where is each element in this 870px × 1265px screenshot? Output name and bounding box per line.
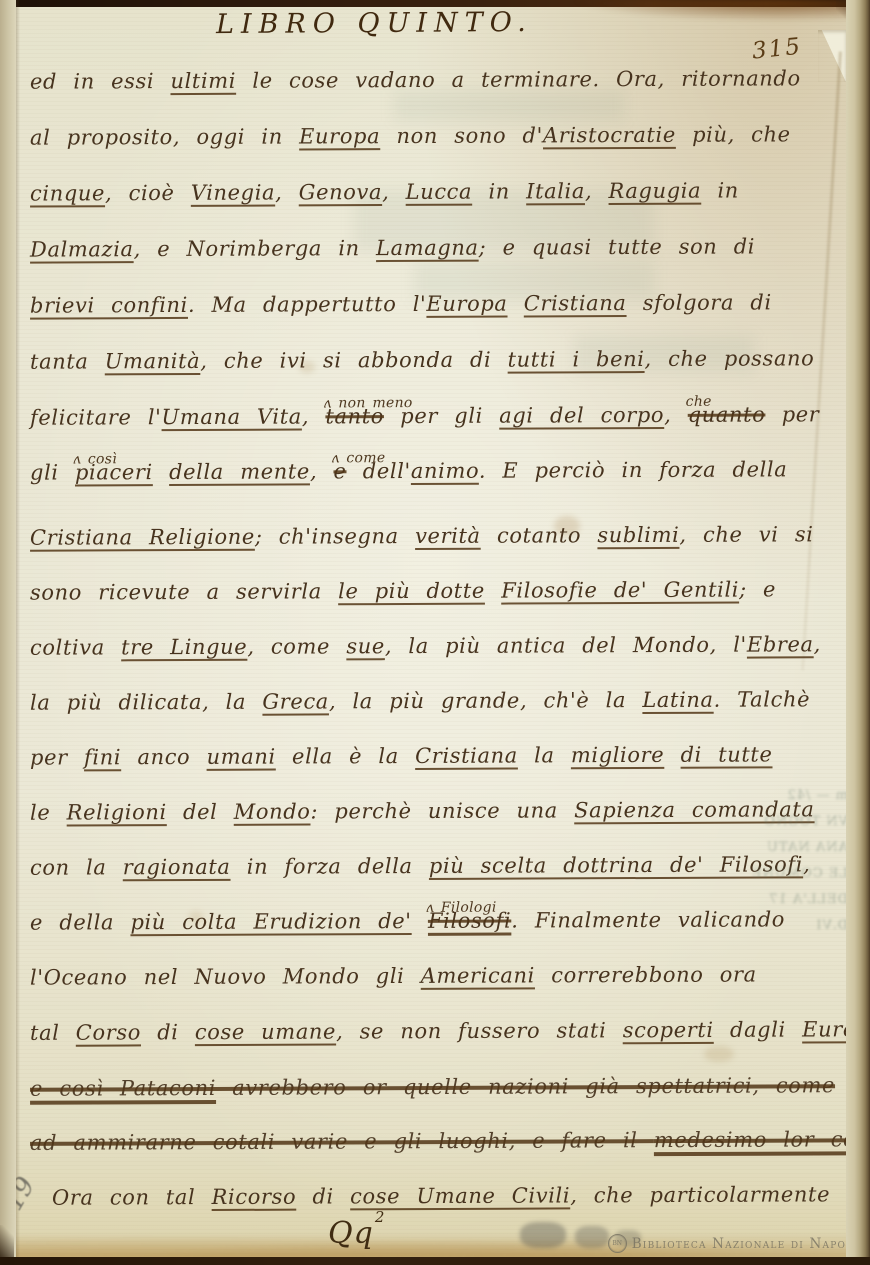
- bottom-left-shadow: [0, 1225, 14, 1265]
- manuscript-line: tal Corso di cose umane, se non fussero …: [30, 1017, 870, 1045]
- interlinear-insertion: ʌ non meno: [323, 395, 412, 411]
- correction-group: ʌ comee: [333, 459, 346, 483]
- manuscript-line: con la ragionata in forza della più scel…: [30, 852, 810, 879]
- underlined-text: Filosofie de' Gentili: [501, 578, 739, 603]
- text-segment: in forza della: [230, 854, 429, 879]
- text-segment: correrebbono ora: [535, 962, 757, 987]
- underlined-text: verità: [415, 524, 481, 548]
- page-stack-edge: [846, 0, 870, 1265]
- text-segment: . Ma dappertutto l': [188, 292, 427, 317]
- text-segment: ; e: [739, 577, 776, 601]
- underlined-text: Americani: [421, 963, 535, 987]
- manuscript-line: ed in essi ultimi le cose vadano a termi…: [30, 66, 801, 93]
- ink-smudge: [520, 1222, 566, 1248]
- manuscript-line: gli ʌ cosìpiaceri della mente, ʌ comee d…: [30, 457, 787, 484]
- manuscript-line: al proposito, oggi in Europa non sono d'…: [30, 122, 791, 149]
- book-bottom-edge: [0, 1257, 870, 1265]
- text-segment: del: [167, 800, 234, 824]
- manuscript-line: cinque, cioè Vinegia, Genova, Lucca in I…: [30, 178, 739, 205]
- text-segment: in: [472, 179, 526, 203]
- underlined-text: Ebrea: [747, 632, 814, 656]
- top-edge-stain: [570, 0, 870, 22]
- text-segment: , la più grande, ch'è la: [329, 688, 643, 713]
- text-segment: ,: [382, 180, 406, 204]
- text-segment: , come: [247, 634, 346, 658]
- underlined-text: Aristocratie: [543, 123, 676, 148]
- gutter-crease: [16, 0, 20, 1265]
- underlined-text: Religioni: [67, 800, 167, 824]
- struck-text: e così Pataconi: [30, 1076, 216, 1101]
- text-segment: , cioè: [105, 181, 191, 205]
- text-segment: , la più antica del Mondo, l': [385, 633, 747, 659]
- text-segment: con la: [30, 855, 123, 879]
- ink-smudge: [575, 1226, 609, 1248]
- showthrough-fragment: D.VI: [728, 918, 848, 933]
- interlinear-insertion: ʌ così: [73, 451, 117, 467]
- manuscript-scan: LIBRO QUINTO. 315 319 ed in essi ultimi …: [0, 0, 870, 1265]
- underlined-text: fini: [84, 745, 121, 769]
- quire-signature-superscript: 2: [375, 1208, 386, 1226]
- text-segment: [485, 579, 501, 603]
- text-segment: ,: [302, 404, 326, 428]
- text-segment: tal: [30, 1021, 76, 1045]
- binding-gutter: [0, 0, 16, 1265]
- underlined-text: Europa: [426, 292, 507, 316]
- underlined-text: Lucca: [406, 180, 473, 204]
- manuscript-text-block: ed in essi ultimi le cose vadano a termi…: [0, 0, 870, 1265]
- correction-group: ʌ cosìpiaceri: [75, 460, 153, 484]
- underlined-text: ultimi: [170, 69, 236, 93]
- underlined-text: della mente: [169, 459, 310, 484]
- text-segment: , se non fussero stati: [336, 1018, 623, 1043]
- text-segment: , che ivi si abbonda di: [200, 348, 507, 373]
- text-segment: [153, 460, 169, 484]
- manuscript-line: coltiva tre Lingue, come sue, la più ant…: [30, 632, 821, 659]
- manuscript-line: e così Pataconi avrebbero or quelle nazi…: [30, 1073, 835, 1101]
- manuscript-line: felicitare l'Umana Vita, ʌ non menotanto…: [30, 402, 820, 429]
- text-segment: e della: [30, 910, 131, 934]
- text-segment: , che particolarmente: [570, 1182, 830, 1207]
- underlined-text: sublimi: [597, 523, 679, 547]
- manuscript-line: Ora con tal Ricorso di cose Umane Civili…: [52, 1182, 830, 1209]
- underlined-text: animo: [411, 459, 479, 483]
- underlined-text: Vinegia: [191, 180, 275, 204]
- manuscript-line: le Religioni del Mondo: perchè unisce un…: [30, 797, 815, 824]
- interlinear-insertion: ʌ Filologi: [426, 900, 497, 916]
- text-segment: la più dilicata, la: [30, 690, 262, 715]
- text-segment: : perchè unisce una: [310, 798, 574, 823]
- struck-text: avrebbero or quelle nazioni già spettatr…: [216, 1073, 835, 1100]
- underlined-text: Genova: [299, 180, 382, 204]
- text-segment: , e Norimberga in: [134, 236, 377, 261]
- underlined-text: Greca: [262, 689, 329, 713]
- underlined-text: Latina: [642, 688, 713, 712]
- underlined-text: Europa: [299, 124, 380, 148]
- text-segment: dagli: [714, 1018, 802, 1042]
- underlined-text: tutti i beni: [508, 347, 645, 372]
- text-segment: le: [30, 801, 67, 825]
- library-watermark: BN Biblioteca Nazionale di Napoli: [608, 1234, 858, 1253]
- quire-signature-letters: Qq: [328, 1216, 374, 1251]
- text-segment: in: [701, 178, 739, 202]
- text-segment: ; e quasi tutte son di: [479, 234, 756, 259]
- underlined-text: Dalmazia: [30, 237, 134, 261]
- text-segment: . E perciò in forza della: [479, 457, 788, 482]
- manuscript-line: per fini anco umani ella è la Cristiana …: [30, 742, 773, 769]
- text-segment: sfolgora di: [626, 290, 771, 315]
- underlined-text: ragionata: [123, 855, 231, 879]
- showthrough-fragment: ANA NATU: [728, 840, 848, 855]
- manuscript-line: Cristiana Religione; ch'insegna verità c…: [30, 522, 814, 549]
- showthrough-fragment: LE COMUNE: [728, 866, 848, 881]
- underlined-text: agi del corpo: [499, 403, 664, 428]
- text-segment: per: [30, 745, 84, 769]
- text-segment: più, che: [676, 122, 791, 147]
- showthrough-fragment: VN TOGNO: [728, 814, 848, 829]
- text-segment: ,: [814, 632, 821, 656]
- struck-text: medesimo lor corso: [654, 1127, 870, 1152]
- quire-signature: Qq2: [328, 1216, 384, 1251]
- text-segment: ed in essi: [30, 69, 171, 94]
- text-segment: anco: [121, 745, 207, 769]
- underlined-text: tre Lingue: [121, 635, 247, 660]
- text-segment: coltiva: [30, 635, 121, 659]
- manuscript-line: Dalmazia, e Norimberga in Lamagna; e qua…: [30, 234, 755, 261]
- underlined-text: cinque: [30, 181, 105, 205]
- underlined-text: Ragugia: [608, 179, 701, 203]
- manuscript-line: tanta Umanità, che ivi si abbonda di tut…: [30, 346, 815, 373]
- text-segment: ,: [310, 459, 334, 483]
- text-segment: di: [296, 1184, 350, 1208]
- underlined-text: Corso: [76, 1020, 141, 1044]
- underlined-text: più colta Erudizion de': [130, 909, 411, 934]
- interlinear-insertion: che: [686, 394, 712, 410]
- manuscript-line: sono ricevute a servirla le più dotte Fi…: [30, 577, 776, 604]
- underlined-text: scoperti: [623, 1018, 714, 1042]
- showthrough-text: m — /42VN TOGNOANA NATULE COMUNEDELL'A 1…: [728, 788, 848, 944]
- text-segment: ,: [664, 403, 688, 427]
- manuscript-line: ad ammirarne cotali varie e gli luoghi, …: [30, 1127, 870, 1155]
- text-segment: , che vi si: [679, 522, 813, 547]
- text-segment: per: [765, 402, 819, 426]
- underlined-text: Mondo: [234, 799, 311, 823]
- library-watermark-label: Biblioteca Nazionale di Napoli: [632, 1236, 858, 1252]
- showthrough-fragment: DELL'A 17: [728, 892, 848, 907]
- manuscript-line: brievi confini. Ma dappertutto l'Europa …: [30, 290, 772, 317]
- underlined-text: cose Umane Civili: [350, 1183, 570, 1208]
- underlined-text: brievi confini: [30, 293, 188, 318]
- text-segment: [664, 743, 680, 767]
- text-segment: ,: [585, 179, 609, 203]
- underlined-text: umani: [206, 745, 275, 769]
- text-segment: di: [141, 1020, 195, 1044]
- text-segment: le cose vadano a terminare. Ora, ritorna…: [236, 66, 801, 92]
- text-segment: ,: [275, 180, 299, 204]
- text-segment: tanta: [30, 349, 105, 373]
- underlined-text: Lamagna: [376, 236, 479, 260]
- manuscript-line: la più dilicata, la Greca, la più grande…: [30, 687, 810, 714]
- underlined-text: Cristiana Religione: [30, 525, 255, 550]
- manuscript-line: e della più colta Erudizion de' ʌ Filolo…: [30, 907, 785, 934]
- text-segment: , che possano: [644, 346, 814, 371]
- underlined-text: Ricorso: [212, 1185, 297, 1209]
- underlined-text: migliore: [571, 743, 665, 767]
- text-segment: non sono d': [380, 123, 543, 148]
- text-segment: [507, 291, 523, 315]
- struck-text: ad ammirarne cotali varie e gli luoghi, …: [30, 1128, 654, 1155]
- text-segment: gli: [30, 460, 75, 484]
- text-segment: cotanto: [481, 523, 598, 548]
- correction-group: chequanto: [688, 403, 766, 427]
- text-segment: ella è la: [276, 744, 415, 769]
- text-segment: al proposito, oggi in: [30, 124, 299, 149]
- underlined-text: le più dotte: [338, 579, 485, 604]
- underlined-text: Umana Vita: [161, 405, 301, 430]
- underlined-text: cose umane: [195, 1020, 336, 1045]
- correction-group: ʌ FilologiFilosofi: [428, 909, 511, 933]
- underlined-text: sue: [346, 634, 385, 658]
- underlined-text: Cristiana: [524, 291, 627, 315]
- text-segment: sono ricevute a servirla: [30, 579, 338, 604]
- interlinear-insertion: ʌ come: [331, 450, 385, 466]
- bnn-monogram-icon: BN: [608, 1234, 627, 1253]
- manuscript-line: l'Oceano nel Nuovo Mondo gli Americani c…: [30, 962, 757, 989]
- underlined-text: di tutte: [680, 742, 772, 766]
- underlined-text: Italia: [526, 179, 585, 203]
- correction-group: ʌ non menotanto: [325, 404, 384, 428]
- text-segment: . Talchè: [714, 687, 811, 711]
- text-segment: ; ch'insegna: [255, 524, 415, 549]
- showthrough-fragment: m — /42: [728, 788, 848, 803]
- underlined-text: Cristiana: [415, 743, 518, 767]
- text-segment: la: [518, 743, 571, 767]
- underlined-text: Umanità: [105, 349, 201, 373]
- text-segment: felicitare l': [30, 405, 162, 430]
- text-segment: Ora con tal: [52, 1185, 212, 1210]
- text-segment: l'Oceano nel Nuovo Mondo gli: [30, 964, 421, 990]
